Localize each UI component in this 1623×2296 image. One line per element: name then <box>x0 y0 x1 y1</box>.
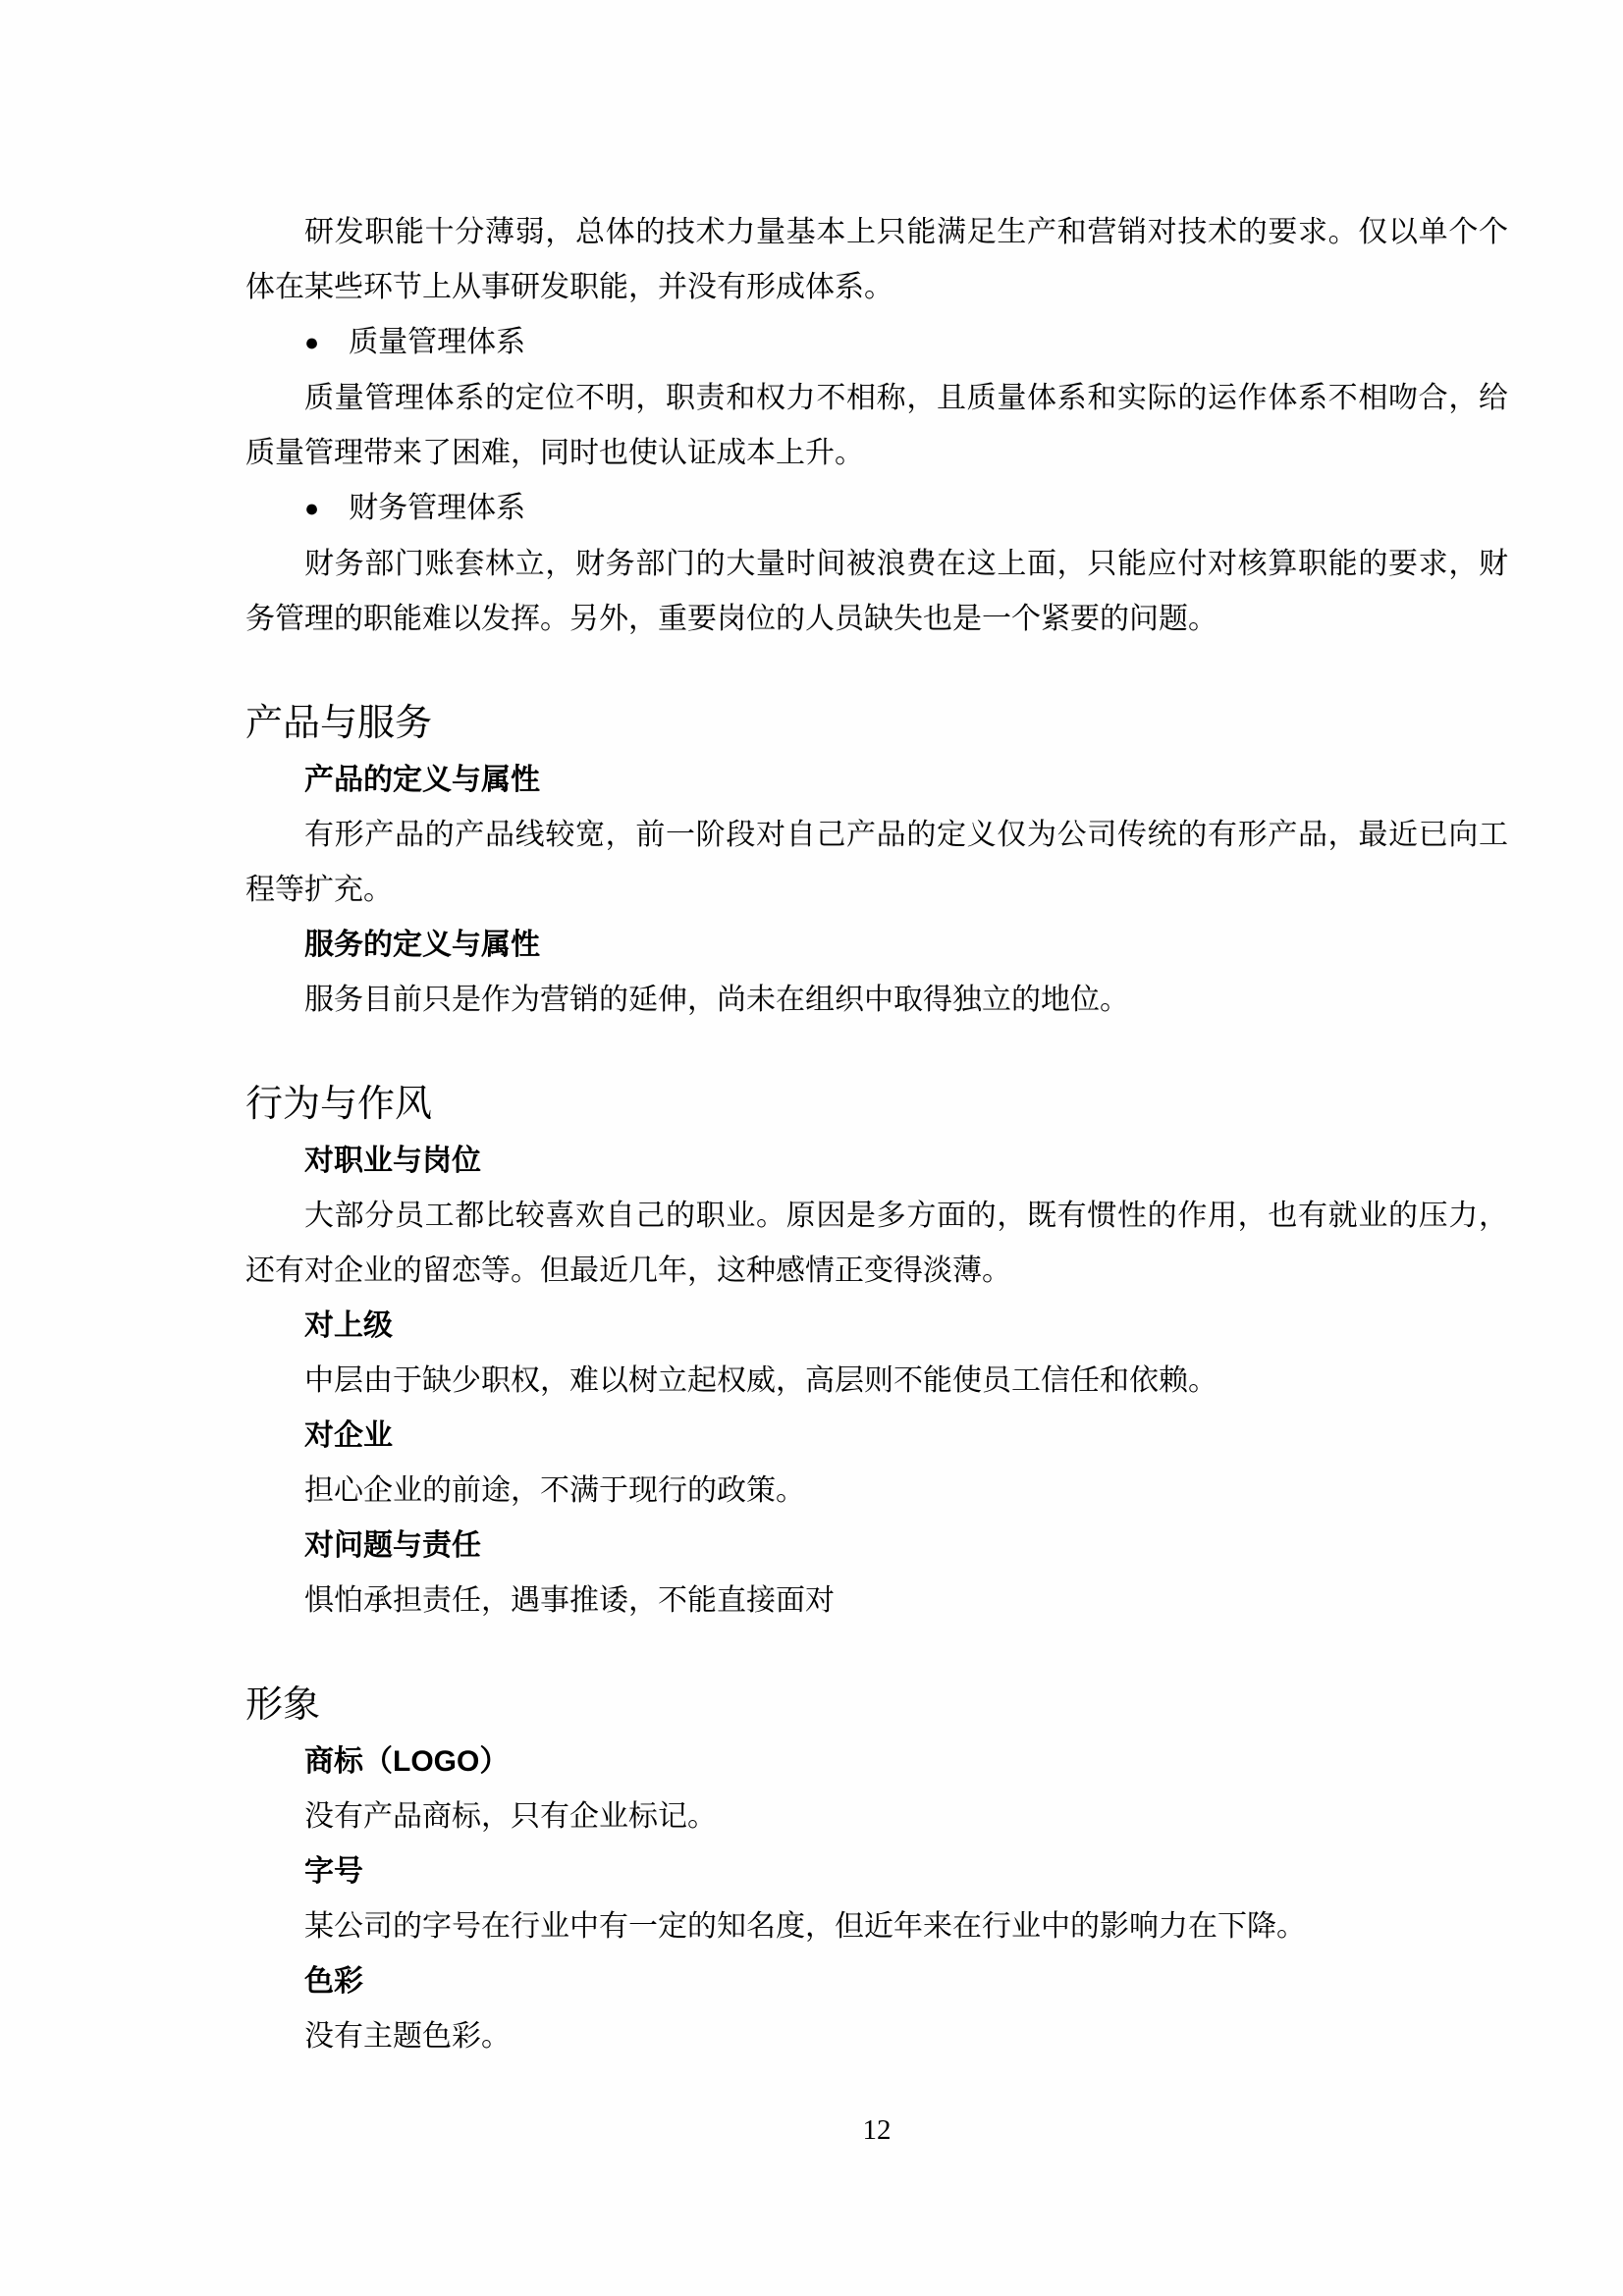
bullet-icon: ● <box>304 316 319 371</box>
bullet-icon: ● <box>304 482 319 537</box>
sub-heading-service-definition: 服务的定义与属性 <box>304 918 1508 973</box>
body-paragraph: 质量管理体系的定位不明，职责和权力不相称，且质量体系和实际的运作体系不相吻合，给… <box>245 371 1508 481</box>
sub-heading-product-definition: 产品的定义与属性 <box>304 753 1508 808</box>
section-heading-products-services: 产品与服务 <box>245 694 1508 753</box>
bullet-list-item: ●质量管理体系 <box>245 315 1508 371</box>
body-paragraph: 有形产品的产品线较宽，前一阶段对自己产品的定义仅为公司传统的有形产品，最近已向工… <box>245 808 1508 918</box>
sub-heading-occupation-position: 对职业与岗位 <box>304 1134 1508 1189</box>
bullet-label: 质量管理体系 <box>349 326 525 358</box>
body-paragraph: 中层由于缺少职权，难以树立起权威，高层则不能使员工信任和依赖。 <box>245 1354 1508 1409</box>
body-paragraph: 惧怕承担责任，遇事推诿，不能直接面对 <box>245 1574 1508 1629</box>
sub-heading-toward-superiors: 对上级 <box>304 1299 1508 1354</box>
body-paragraph: 财务部门账套林立，财务部门的大量时间被浪费在这上面，只能应付对核算职能的要求，财… <box>245 537 1508 647</box>
section-heading-image: 形象 <box>245 1676 1508 1735</box>
body-paragraph: 某公司的字号在行业中有一定的知名度，但近年来在行业中的影响力在下降。 <box>245 1899 1508 1954</box>
body-paragraph: 研发职能十分薄弱，总体的技术力量基本上只能满足生产和营销对技术的要求。仅以单个个… <box>245 205 1508 315</box>
sub-heading-toward-enterprise: 对企业 <box>304 1409 1508 1464</box>
body-paragraph: 没有主题色彩。 <box>245 2009 1508 2064</box>
sub-heading-problems-responsibility: 对问题与责任 <box>304 1519 1508 1574</box>
document-page: 研发职能十分薄弱，总体的技术力量基本上只能满足生产和营销对技术的要求。仅以单个个… <box>0 0 1623 2296</box>
sub-heading-color: 色彩 <box>304 1954 1508 2009</box>
page-number: 12 <box>245 2103 1508 2158</box>
sub-heading-trade-name: 字号 <box>304 1844 1508 1899</box>
sub-heading-logo: 商标（LOGO） <box>304 1735 1508 1789</box>
body-paragraph: 大部分员工都比较喜欢自己的职业。原因是多方面的，既有惯性的作用，也有就业的压力，… <box>245 1189 1508 1299</box>
body-paragraph: 担心企业的前途，不满于现行的政策。 <box>245 1464 1508 1519</box>
section-heading-behavior-style: 行为与作风 <box>245 1075 1508 1134</box>
body-paragraph: 没有产品商标，只有企业标记。 <box>245 1789 1508 1844</box>
body-paragraph: 服务目前只是作为营销的延伸，尚未在组织中取得独立的地位。 <box>245 973 1508 1028</box>
bullet-label: 财务管理体系 <box>349 492 525 524</box>
bullet-list-item: ●财务管理体系 <box>245 481 1508 537</box>
